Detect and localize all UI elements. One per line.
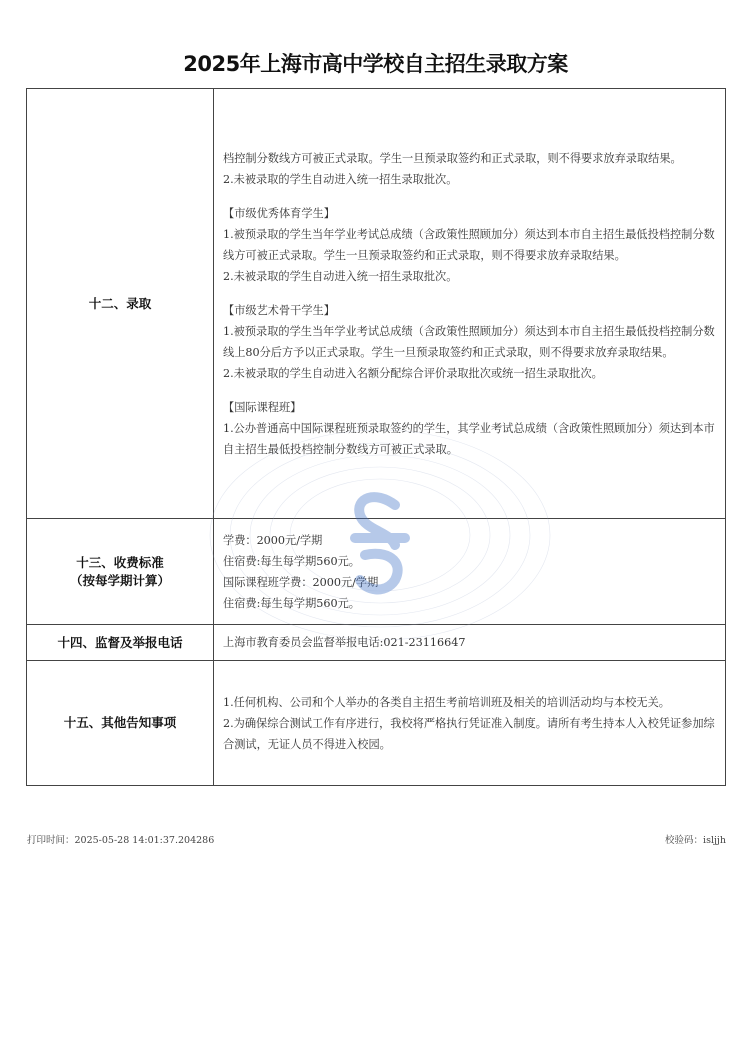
subheading-sports-students: 【市级优秀体育学生】 xyxy=(223,203,715,224)
international-tuition-fee: 国际课程班学费：2000元/学期 xyxy=(223,572,715,593)
spacer xyxy=(223,384,715,397)
section-content-13: 学费：2000元/学期 住宿费:每生每学期560元。 国际课程班学费：2000元… xyxy=(214,519,726,625)
page-title: 2025年上海市高中学校自主招生录取方案 xyxy=(0,48,751,78)
content-line: 1.公办普通高中国际课程班预录取签约的学生，其学业考试总成绩（含政策性照顾加分）… xyxy=(223,418,715,460)
content-line: 2.未被录取的学生自动进入统一招生录取批次。 xyxy=(223,169,715,190)
admission-plan-table: 十二、录取 档控制分数线方可被正式录取。学生一旦预录取签约和正式录取，则不得要求… xyxy=(26,88,726,786)
section-label-12: 十二、录取 xyxy=(27,89,214,519)
section-content-15: 1.任何机构、公司和个人举办的各类自主招生考前培训班及相关的培训活动均与本校无关… xyxy=(214,661,726,786)
tuition-fee: 学费：2000元/学期 xyxy=(223,530,715,551)
section-content-14: 上海市教育委员会监督举报电话:021-23116647 xyxy=(214,625,726,661)
section-label-14: 十四、监督及举报电话 xyxy=(27,625,214,661)
section-label-15: 十五、其他告知事项 xyxy=(27,661,214,786)
content-line: 1.被预录取的学生当年学业考试总成绩（含政策性照顾加分）须达到本市自主招生最低投… xyxy=(223,321,715,363)
table-row-section-12: 十二、录取 档控制分数线方可被正式录取。学生一旦预录取签约和正式录取，则不得要求… xyxy=(27,89,726,519)
table-row-section-14: 十四、监督及举报电话 上海市教育委员会监督举报电话:021-23116647 xyxy=(27,625,726,661)
section-label-line: 十二、录取 xyxy=(27,295,213,313)
content-line: 2.为确保综合测试工作有序进行，我校将严格执行凭证准入制度。请所有考生持本人入校… xyxy=(223,713,715,755)
section-label-line: 十三、收费标准 xyxy=(27,554,213,572)
content-line: 2.未被录取的学生自动进入统一招生录取批次。 xyxy=(223,266,715,287)
subheading-international-class: 【国际课程班】 xyxy=(223,397,715,418)
content-line: 2.未被录取的学生自动进入名额分配综合评价录取批次或统一招生录取批次。 xyxy=(223,363,715,384)
table-row-section-13: 十三、收费标准 （按每学期计算） 学费：2000元/学期 住宿费:每生每学期56… xyxy=(27,519,726,625)
spacer xyxy=(223,190,715,203)
report-phone: 上海市教育委员会监督举报电话:021-23116647 xyxy=(223,632,715,653)
section-label-line: （按每学期计算） xyxy=(27,572,213,590)
international-boarding-fee: 住宿费:每生每学期560元。 xyxy=(223,593,715,614)
content-line: 1.任何机构、公司和个人举办的各类自主招生考前培训班及相关的培训活动均与本校无关… xyxy=(223,692,715,713)
subheading-art-students: 【市级艺术骨干学生】 xyxy=(223,300,715,321)
content-line: 1.被预录取的学生当年学业考试总成绩（含政策性照顾加分）须达到本市自主招生最低投… xyxy=(223,224,715,266)
spacer xyxy=(223,287,715,300)
section-content-12: 档控制分数线方可被正式录取。学生一旦预录取签约和正式录取，则不得要求放弃录取结果… xyxy=(214,89,726,519)
print-timestamp: 打印时间：2025-05-28 14:01:37.204286 xyxy=(27,832,214,846)
checksum-code: 校验码：isljjh xyxy=(665,832,726,846)
boarding-fee: 住宿费:每生每学期560元。 xyxy=(223,551,715,572)
section-label-line: 十五、其他告知事项 xyxy=(27,714,213,732)
content-line: 档控制分数线方可被正式录取。学生一旦预录取签约和正式录取，则不得要求放弃录取结果… xyxy=(223,148,715,169)
section-label-line: 十四、监督及举报电话 xyxy=(27,634,213,652)
section-label-13: 十三、收费标准 （按每学期计算） xyxy=(27,519,214,625)
table-row-section-15: 十五、其他告知事项 1.任何机构、公司和个人举办的各类自主招生考前培训班及相关的… xyxy=(27,661,726,786)
